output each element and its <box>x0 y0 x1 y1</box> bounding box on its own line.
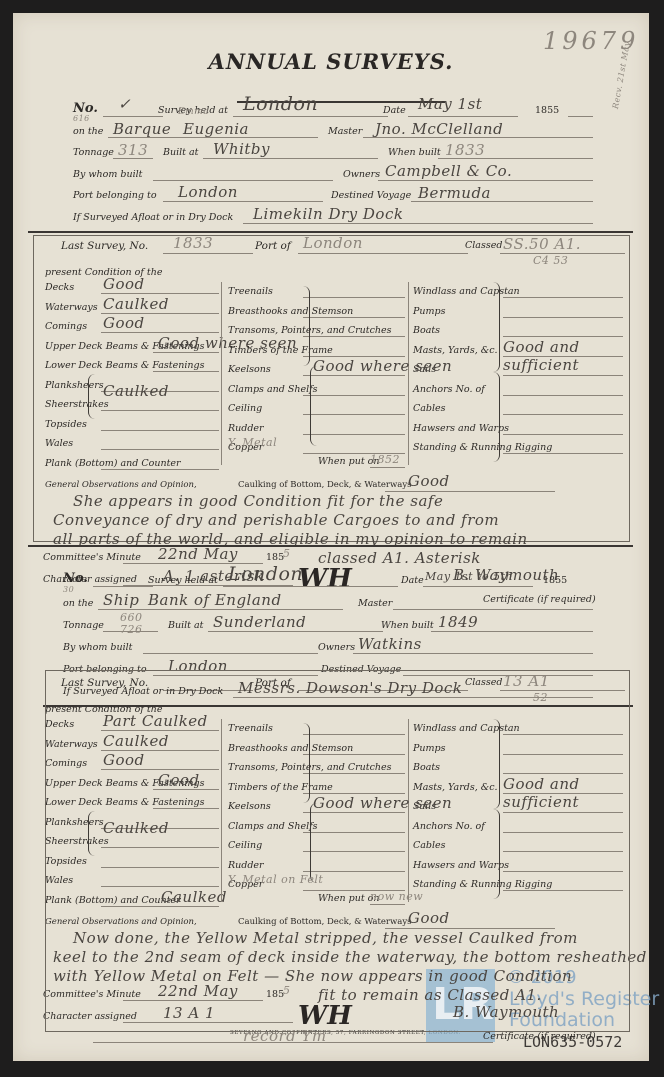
survey-1-committees-minute-value: 22nd May <box>158 545 238 563</box>
section-divider <box>28 231 633 233</box>
survey-1-caulking-value: Good <box>408 472 450 490</box>
survey-2-held-at: London <box>228 563 303 585</box>
condition-label: Plank (Bottom) and Counter <box>45 458 181 469</box>
survey-2-owners: Watkins <box>358 635 422 653</box>
survey-1-port: London <box>178 183 238 201</box>
survey-1-comings-value: Good <box>103 314 145 332</box>
survey-1-observation-line: Conveyance of dry and perishable Cargoes… <box>53 511 499 529</box>
survey-1-dock: Limekiln Dry Dock <box>253 205 403 223</box>
survey-1-observation-line: She appears in good Condition fit for th… <box>73 492 443 510</box>
survey-2-condition-box <box>45 670 630 1032</box>
survey-1-when-put-on-value: 1852 <box>370 453 400 466</box>
form-label: Port of <box>255 240 291 252</box>
survey-1-classed-sub: C4 53 <box>533 254 568 267</box>
survey-1-last-survey-port: London <box>303 234 363 252</box>
equipment-label: Windlass and Capstan <box>413 286 520 297</box>
survey-1-date: May 1st <box>418 95 482 113</box>
survey-1-col3-group-value: Good and sufficient <box>503 338 603 374</box>
survey-2-tonnage-sub: 726 <box>120 623 143 636</box>
equipment-label: Cables <box>413 403 446 414</box>
equipment-label: Anchors No. of <box>413 384 485 395</box>
survey-2-date: May 1st to 5th <box>425 570 513 583</box>
form-label: General Observations and Opinion, <box>45 480 197 490</box>
condition-label: Sheerstrakes <box>45 399 109 410</box>
condition-label: Treenails <box>228 286 273 297</box>
condition-label: Decks <box>45 282 74 293</box>
survey-1-copper-value: Y. Metal <box>228 436 277 449</box>
survey-2-vessel-type: Ship <box>103 591 139 609</box>
condition-label: Breasthooks and Stemson <box>228 306 353 317</box>
survey-2-year: 1855 <box>543 575 567 586</box>
condition-label: Lower Deck Beams & Fastenings <box>45 360 204 371</box>
form-label: Character assigned <box>43 574 137 585</box>
section-divider <box>28 545 633 547</box>
survey-1-body: Last Survey, No. 1833 Port of London Cla… <box>13 234 649 614</box>
survey-1-waterways-value: Caulked <box>103 295 169 313</box>
survey-1-col2-group-value: Good where seen <box>313 357 452 375</box>
condition-label: Clamps and Shelfs <box>228 384 318 395</box>
equipment-label: Standing & Running Rigging <box>413 442 552 453</box>
form-label: Certificate (if required) <box>483 1031 596 1042</box>
survey-1-topsides-group-value: Caulked <box>103 382 169 400</box>
survey-1-vessel-name-insert: Emma <box>178 107 209 117</box>
survey-2-vessel-name: Bank of England <box>148 591 282 609</box>
survey-1-vessel-type: Barque <box>113 120 171 138</box>
form-label: Caulking of Bottom, Deck, & Waterways <box>238 480 412 490</box>
form-label: Classed <box>465 240 502 251</box>
form-label: Committee's Minute <box>43 552 141 563</box>
survey-document-page: ANNUAL SURVEYS. 19679 Recv. 21st May No.… <box>13 13 649 1061</box>
survey-1-no: ✓ <box>118 95 131 113</box>
survey-1-owners: Campbell & Co. <box>385 162 512 180</box>
survey-1-vessel-name: Eugenia <box>183 120 249 138</box>
condition-label: Rudder <box>228 423 264 434</box>
form-label: Certificate (if required) <box>483 594 596 605</box>
survey-1-built-at: Whitby <box>213 140 270 158</box>
condition-label: Wales <box>45 438 73 449</box>
survey-1-tonnage: 313 <box>118 141 148 159</box>
condition-label: Comings <box>45 321 87 332</box>
survey-2-built-at: Sunderland <box>213 613 306 631</box>
form-label: 185 <box>266 552 284 563</box>
survey-1-last-survey-no: 1833 <box>173 234 213 252</box>
condition-label: Timbers of the Frame <box>228 345 333 356</box>
label-no: No. <box>63 571 88 586</box>
survey-1-voyage: Bermuda <box>418 184 491 202</box>
survey-2-when-built: 1849 <box>438 613 478 631</box>
survey-1-decks-value: Good <box>103 275 145 293</box>
form-label: Last Survey, No. <box>61 240 148 252</box>
survey-1-committee-initials: WH <box>298 564 352 594</box>
equipment-label: Masts, Yards, &c. <box>413 345 498 356</box>
survey-1-held-at: London <box>243 93 318 115</box>
condition-label: Topsides <box>45 419 87 430</box>
equipment-label: Pumps <box>413 306 445 317</box>
equipment-label: Boats <box>413 325 440 336</box>
condition-label: Keelsons <box>228 364 271 375</box>
survey-1-master: Jno. McClelland <box>375 120 503 138</box>
form-label: 5 <box>283 547 291 560</box>
condition-label: Waterways <box>45 302 98 313</box>
survey-1-when-built: 1833 <box>445 141 485 159</box>
survey-1-year: 1855 <box>535 105 559 116</box>
survey-1-classed-value: SS.50 A1. <box>503 235 581 253</box>
condition-label: Ceiling <box>228 403 262 414</box>
